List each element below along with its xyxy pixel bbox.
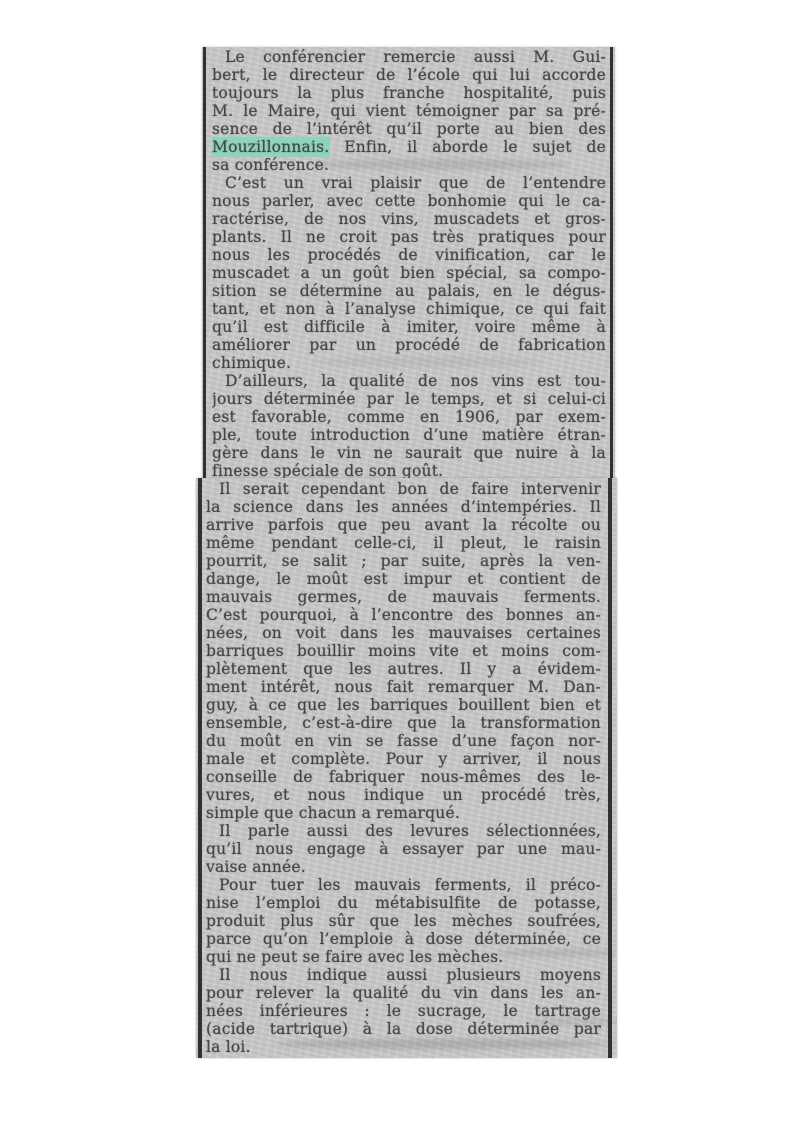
article-line: pourrit, se salit ; par suite, après la … (206, 552, 601, 570)
article-text-lower: Il serait cependant bon de faire interve… (206, 480, 601, 1058)
article-line: pour relever la qualité du vin dans les … (206, 984, 601, 1002)
article-paragraph: Il parle aussi des levures sélectionnées… (206, 822, 601, 876)
article-line: mauvais germes, de mauvais ferments. (206, 588, 601, 606)
column-rule-left (203, 47, 206, 487)
article-line: gère dans le vin ne saurait que nuire à … (212, 444, 606, 462)
search-hit-highlight: Mouzillonnais. (212, 138, 329, 156)
article-paragraph: Le conférencier remercie aussi M. Gui-be… (212, 48, 606, 174)
article-line: nise l’emploi du métabisulfite de potass… (206, 894, 601, 912)
article-line: qu’il nous engage à essayer par une mau- (206, 840, 601, 858)
article-line: ple, toute introduction d’une matière ét… (212, 426, 606, 444)
article-line: nées inférieures : le sucrage, le tartra… (206, 1002, 601, 1020)
article-line: plants. Il ne croit pas très pratiques p… (212, 228, 606, 246)
article-line: du moût en vin se fasse d’une façon nor- (206, 732, 601, 750)
article-paragraph: Il serait cependant bon de faire interve… (206, 480, 601, 822)
article-line: M. le Maire, qui vient témoigner par sa … (212, 102, 606, 120)
article-line: Pour tuer les mauvais ferments, il préco… (206, 876, 601, 894)
article-line: tant, et non à l’analyse chimique, ce qu… (212, 300, 606, 318)
article-paragraph: C’est un vrai plaisir que de l’entendren… (212, 174, 606, 372)
article-line: (acide tartrique) à la dose déterminée p… (206, 1020, 601, 1038)
article-line: C’est un vrai plaisir que de l’entendre (212, 174, 606, 192)
article-paragraph: D’ailleurs, la qualité de nos vins est t… (212, 372, 606, 480)
article-line: toujours la plus franche hospitalité, pu… (212, 84, 606, 102)
article-line: Il nous indique aussi plusieurs moyens (206, 966, 601, 984)
article-paragraph: Il nous indique aussi plusieurs moyenspo… (206, 966, 601, 1056)
article-line: nées, on voit dans les mauvaises certain… (206, 624, 601, 642)
article-line: vures, et nous indique un procédé très, (206, 786, 601, 804)
article-line: dange, le moût est impur et contient de (206, 570, 601, 588)
article-line: chimique. (212, 354, 606, 372)
article-line: ment intérêt, nous fait remarquer M. Dan… (206, 678, 601, 696)
article-line: conseille de fabriquer nous-mêmes des le… (206, 768, 601, 786)
article-line: sa conférence. (212, 156, 606, 174)
article-line: plètement que les autres. Il y a évidem- (206, 660, 601, 678)
article-line: Le conférencier remercie aussi M. Gui- (212, 48, 606, 66)
article-line: la science dans les années d’intempéries… (206, 498, 601, 516)
article-line: la loi. (206, 1038, 601, 1056)
article-line: qu’il est difficile à imiter, voire même… (212, 318, 606, 336)
article-line: Il parle aussi des levures sélectionnées… (206, 822, 601, 840)
column-rule-right (610, 47, 613, 487)
newspaper-clipping: Le conférencier remercie aussi M. Gui-be… (0, 0, 794, 1123)
article-line: nous parler, avec cette bonhomie qui le … (212, 192, 606, 210)
article-line: ensemble, c’est-à-dire que la transforma… (206, 714, 601, 732)
article-line: parce qu’on l’emploie à dose déterminée,… (206, 930, 601, 948)
article-line: Mouzillonnais. Enfin, il aborde le sujet… (212, 138, 606, 156)
article-line: simple que chacun a remarqué. (206, 804, 601, 822)
article-line: muscadet a un goût bien spécial, sa comp… (212, 264, 606, 282)
scan-segment-lower: Il serait cependant bon de faire interve… (196, 478, 617, 1058)
article-line: qui ne peut se faire avec les mèches. (206, 948, 601, 966)
article-text-upper: Le conférencier remercie aussi M. Gui-be… (212, 48, 606, 487)
article-line: même pendant celle-ci, il pleut, le rais… (206, 534, 601, 552)
article-line: ractérise, de nos vins, muscadets et gro… (212, 210, 606, 228)
article-line: guy, à ce que les barriques bouillent bi… (206, 696, 601, 714)
article-line: bert, le directeur de l’école qui lui ac… (212, 66, 606, 84)
article-line: améliorer par un procédé de fabrication (212, 336, 606, 354)
article-line: barriques bouillir moins vite et moins c… (206, 642, 601, 660)
article-line: jours déterminée par le temps, et si cel… (212, 390, 606, 408)
article-line: D’ailleurs, la qualité de nos vins est t… (212, 372, 606, 390)
article-line: C’est pourquoi, à l’encontre des bonnes … (206, 606, 601, 624)
scan-segment-upper: Le conférencier remercie aussi M. Gui-be… (202, 47, 615, 487)
column-rule-right (608, 478, 612, 1058)
article-line: sition se détermine au palais, en le dég… (212, 282, 606, 300)
article-line: Il serait cependant bon de faire interve… (206, 480, 601, 498)
article-line: male et complète. Pour y arriver, il nou… (206, 750, 601, 768)
article-line: est favorable, comme en 1906, par exem- (212, 408, 606, 426)
article-paragraph: Pour tuer les mauvais ferments, il préco… (206, 876, 601, 966)
article-line: produit plus sûr que les mèches soufrées… (206, 912, 601, 930)
article-line: sence de l’intérêt qu’il porte au bien d… (212, 120, 606, 138)
article-line: arrive parfois que peu avant la récolte … (206, 516, 601, 534)
page-background: { "clipping": { "paper_color": "#cbcbcb"… (0, 0, 794, 1123)
article-line: vaise année. (206, 858, 601, 876)
article-line: nous les procédés de vinification, car l… (212, 246, 606, 264)
column-rule-left (198, 478, 202, 1058)
